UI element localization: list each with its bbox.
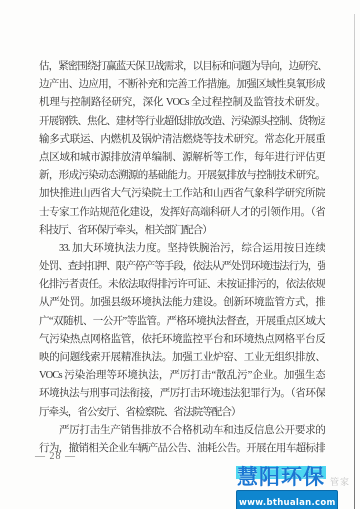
page-number: — 28 —	[35, 451, 76, 462]
text-line: 机理与控制路径研究，深化 VOCs 全过程控制及监管技术研发。	[39, 94, 325, 112]
text-line: 加快推进山西省大气污染院士工作站和山西省气象科学研究所院	[39, 185, 325, 203]
text-line: 环境执法与刑事司法衔接，严厉打击环境违法犯罪行为。（省环保	[39, 385, 325, 403]
text-line: 化排污者责任。未依法取得排污许可证、未按证排污的，依法依规	[39, 276, 325, 294]
watermark-faint-text: 管家	[330, 475, 350, 488]
text-line: 开展钢铁、焦化、建材等行业超低排放改造、污染源头控制、货物运	[39, 113, 325, 131]
watermark-url-bar: www.bthualan.com	[236, 490, 338, 509]
document-page: 估，紧密围绕打赢蓝天保卫战需求，以目标和问题为导向，边研究、边产出、边应用，不断…	[0, 0, 360, 509]
text-line: 估，紧密围绕打赢蓝天保卫战需求，以目标和问题为导向，边研究、	[39, 58, 325, 76]
watermark-brand: 慧阳环保	[236, 466, 326, 488]
text-line: 广“双随机、一公开”等监管。严格环境执法督查，开展重点区域大	[39, 313, 325, 331]
text-line: 输多式联运、内燃机及锅炉清洁燃烧等技术研究。常态化开展重	[39, 131, 325, 149]
text-line: 点区域和城市源排放清单编制、源解析等工作，每年进行评估更	[39, 149, 325, 167]
watermark: 管家 慧阳环保 www.bthualan.com	[236, 466, 360, 509]
text-line: 33. 加大环境执法力度。坚持铁腕治污，综合运用按日连续	[39, 240, 325, 258]
text-line: 士专家工作站规范化建设，发挥好高端科研人才的引领作用。（省	[39, 204, 325, 222]
text-line: 处罚、查封扣押、限产停产等手段，依法从严处罚环境违法行为，强	[39, 258, 325, 276]
text-line: 科技厅、省环保厅牵头，相关部门配合）	[39, 222, 325, 240]
text-line: 气污染热点网格监管，依托环境监控平台和环境热点网格平台反	[39, 331, 325, 349]
scan-edge-artifact	[354, 14, 355, 509]
watermark-url: www.bthualan.com	[239, 498, 336, 508]
body-text: 估，紧密围绕打赢蓝天保卫战需求，以目标和问题为导向，边研究、边产出、边应用，不断…	[39, 58, 325, 458]
text-line: VOCs 污染治理等环境执法，严厉打击“散乱污”企业。加强生态	[39, 367, 325, 385]
text-line: 严厉打击生产销售排放不合格机动车和违反信息公开要求的	[39, 422, 325, 440]
text-line: 新，形成污染动态溯源的基础能力。开展氨排放与控制技术研究。	[39, 167, 325, 185]
text-line: 行为，撤销相关企业车辆产品公告、油耗公告。开展在用车超标排	[39, 440, 325, 458]
text-line: 厅牵头，省公安厅、省检察院、省法院等配合）	[39, 404, 325, 422]
text-line: 映的问题线索开展精准执法。加强工业炉窑、工业无组织排放、	[39, 349, 325, 367]
text-line: 从严处罚。加强县级环境执法能力建设。创新环境监管方式，推	[39, 294, 325, 312]
text-line: 边产出、边应用，不断补充和完善工作措施。加强区域性臭氧形成	[39, 76, 325, 94]
